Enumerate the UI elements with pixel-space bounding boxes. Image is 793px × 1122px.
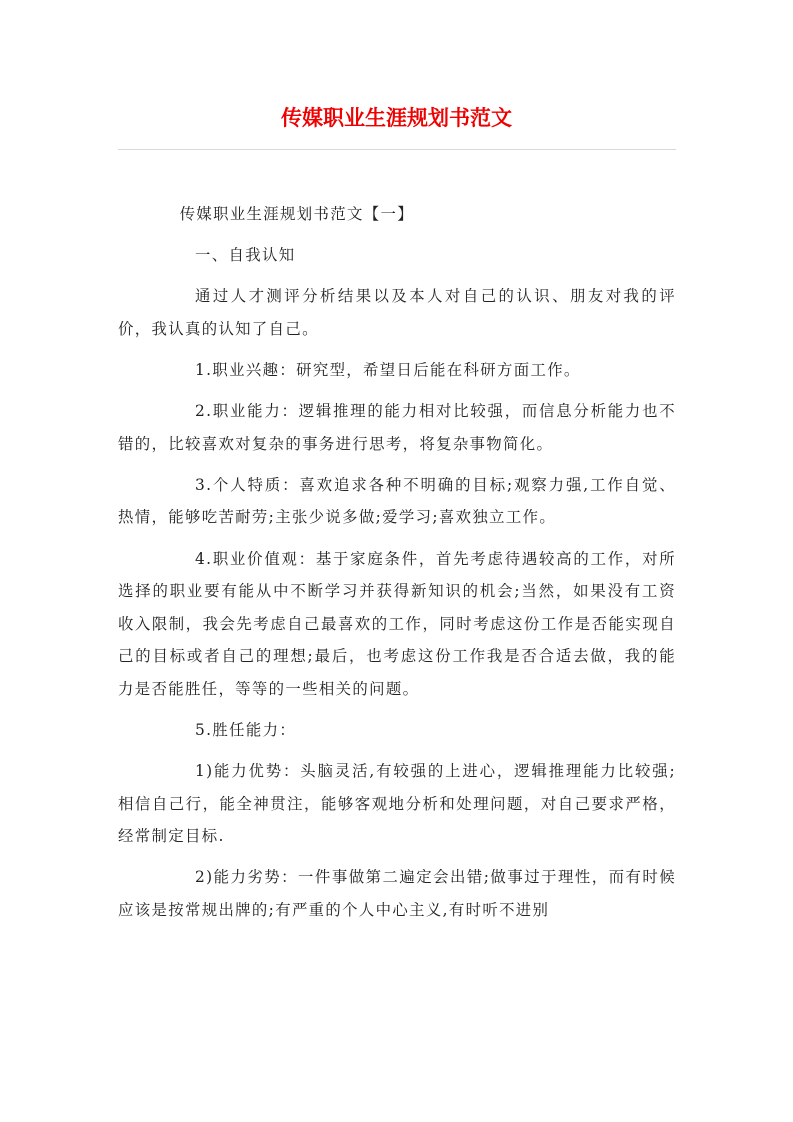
paragraph-strengths: 1)能力优势：头脑灵活,有较强的上进心，逻辑推理能力比较强;相信自己行，能全神贯…: [118, 755, 676, 853]
section-heading-self-awareness: 一、自我认知: [118, 239, 676, 272]
paragraph-weaknesses: 2)能力劣势：一件事做第二遍定会出错;做事过于理性，而有时候应该是按常规出牌的;…: [118, 861, 676, 926]
paragraph-career-ability: 2.职业能力：逻辑推理的能力相对比较强，而信息分析能力也不错的，比较喜欢对复杂的…: [118, 395, 676, 460]
document-body: 传媒职业生涯规划书范文【一】 一、自我认知 通过人才测评分析结果以及本人对自己的…: [118, 198, 676, 935]
document-page: 传媒职业生涯规划书范文 传媒职业生涯规划书范文【一】 一、自我认知 通过人才测评…: [0, 0, 793, 1122]
paragraph-personal-traits: 3.个人特质：喜欢追求各种不明确的目标;观察力强,工作自觉、热情，能够吃苦耐劳;…: [118, 469, 676, 534]
document-title: 传媒职业生涯规划书范文: [0, 104, 793, 132]
section-heading-sample-one: 传媒职业生涯规划书范文【一】: [118, 198, 676, 231]
paragraph-career-interest: 1.职业兴趣：研究型，希望日后能在科研方面工作。: [118, 354, 676, 387]
paragraph-competency-heading: 5.胜任能力：: [118, 714, 676, 747]
paragraph-intro: 通过人才测评分析结果以及本人对自己的认识、朋友对我的评价，我认真的认知了自己。: [118, 280, 676, 345]
paragraph-career-values: 4.职业价值观：基于家庭条件，首先考虑待遇较高的工作，对所选择的职业要有能从中不…: [118, 543, 676, 706]
title-divider: [118, 149, 676, 150]
